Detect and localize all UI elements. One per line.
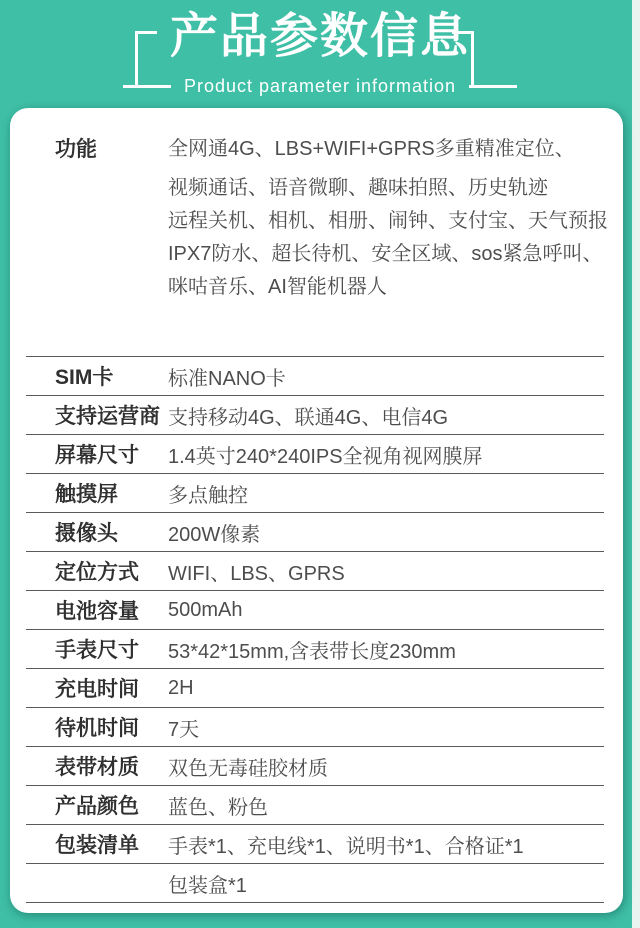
spec-row: 充电时间 2H: [26, 668, 604, 707]
spec-label: 待机时间: [55, 712, 168, 742]
feature-line: IPX7防水、超长待机、安全区域、sos紧急呼叫、: [168, 238, 609, 271]
feature-line: 咪咕音乐、AI智能机器人: [168, 271, 609, 304]
spec-label: 电池容量: [55, 595, 168, 625]
feature-line: 全网通4G、LBS+WIFI+GPRS多重精准定位、: [168, 133, 609, 166]
page-subtitle: Product parameter information: [184, 74, 456, 98]
spec-label: 摄像头: [55, 517, 168, 547]
spec-value: 1.4英寸240*240IPS全视角视网膜屏: [168, 440, 604, 469]
spec-value: 支持移动4G、联通4G、电信4G: [168, 401, 604, 430]
spec-row: 待机时间 7天: [26, 707, 604, 746]
spec-row: SIM卡 标准NANO卡: [26, 356, 604, 395]
spec-value: 包装盒*1: [168, 869, 604, 898]
feature-label: 功能: [55, 133, 168, 166]
page-title: 产品参数信息: [0, 8, 640, 66]
subtitle-line-left: [123, 85, 171, 88]
subtitle-row: Product parameter information: [0, 74, 640, 98]
spec-label: 定位方式: [55, 556, 168, 586]
spec-label: 表带材质: [55, 751, 168, 781]
spec-value: 53*42*15mm,含表带长度230mm: [168, 635, 604, 664]
spec-label: 屏幕尺寸: [55, 439, 168, 469]
spec-label: 产品颜色: [55, 790, 168, 820]
spec-table: SIM卡 标准NANO卡 支持运营商 支持移动4G、联通4G、电信4G 屏幕尺寸…: [26, 356, 604, 903]
spec-label: 充电时间: [55, 673, 168, 703]
spec-row: 产品颜色 蓝色、粉色: [26, 785, 604, 824]
feature-line: 远程关机、相机、相册、闹钟、支付宝、天气预报: [168, 205, 609, 238]
spec-label: 支持运营商: [55, 400, 168, 430]
spec-value: 双色无毒硅胶材质: [168, 752, 604, 781]
spec-row: 包装清单 手表*1、充电线*1、说明书*1、合格证*1: [26, 824, 604, 863]
spec-value: 500mAh: [168, 599, 604, 622]
subtitle-line-right: [469, 85, 517, 88]
right-edge-strip: [632, 0, 640, 928]
spec-row: 支持运营商 支持移动4G、联通4G、电信4G: [26, 395, 604, 434]
spec-row: 手表尺寸 53*42*15mm,含表带长度230mm: [26, 629, 604, 668]
spec-row: 屏幕尺寸 1.4英寸240*240IPS全视角视网膜屏: [26, 434, 604, 473]
spec-value: 多点触控: [168, 479, 604, 508]
spec-row: 摄像头 200W像素: [26, 512, 604, 551]
spec-value: 标准NANO卡: [168, 362, 604, 391]
spec-label: SIM卡: [55, 361, 168, 391]
spec-value: 200W像素: [168, 518, 604, 547]
spec-value: 蓝色、粉色: [168, 791, 604, 820]
spec-row: 包装盒*1: [26, 863, 604, 902]
feature-section: 功能 全网通4G、LBS+WIFI+GPRS多重精准定位、 视频通话、语音微聊、…: [10, 108, 623, 356]
spec-row: 表带材质 双色无毒硅胶材质: [26, 746, 604, 785]
spec-value: 手表*1、充电线*1、说明书*1、合格证*1: [168, 830, 604, 859]
spec-row: 触摸屏 多点触控: [26, 473, 604, 512]
spec-value: WIFI、LBS、GPRS: [168, 557, 604, 586]
header: 产品参数信息 Product parameter information: [0, 0, 640, 108]
spec-value: 2H: [168, 677, 604, 700]
spec-label: 包装清单: [55, 829, 168, 859]
spec-label: 触摸屏: [55, 478, 168, 508]
feature-values: 全网通4G、LBS+WIFI+GPRS多重精准定位、 视频通话、语音微聊、趣味拍…: [168, 133, 609, 304]
spec-row: 定位方式 WIFI、LBS、GPRS: [26, 551, 604, 590]
spec-label: 手表尺寸: [55, 634, 168, 664]
spec-value: 7天: [168, 713, 604, 742]
spec-row: 电池容量 500mAh: [26, 590, 604, 629]
feature-line: 视频通话、语音微聊、趣味拍照、历史轨迹: [168, 172, 609, 205]
spec-card: 功能 全网通4G、LBS+WIFI+GPRS多重精准定位、 视频通话、语音微聊、…: [10, 108, 623, 913]
